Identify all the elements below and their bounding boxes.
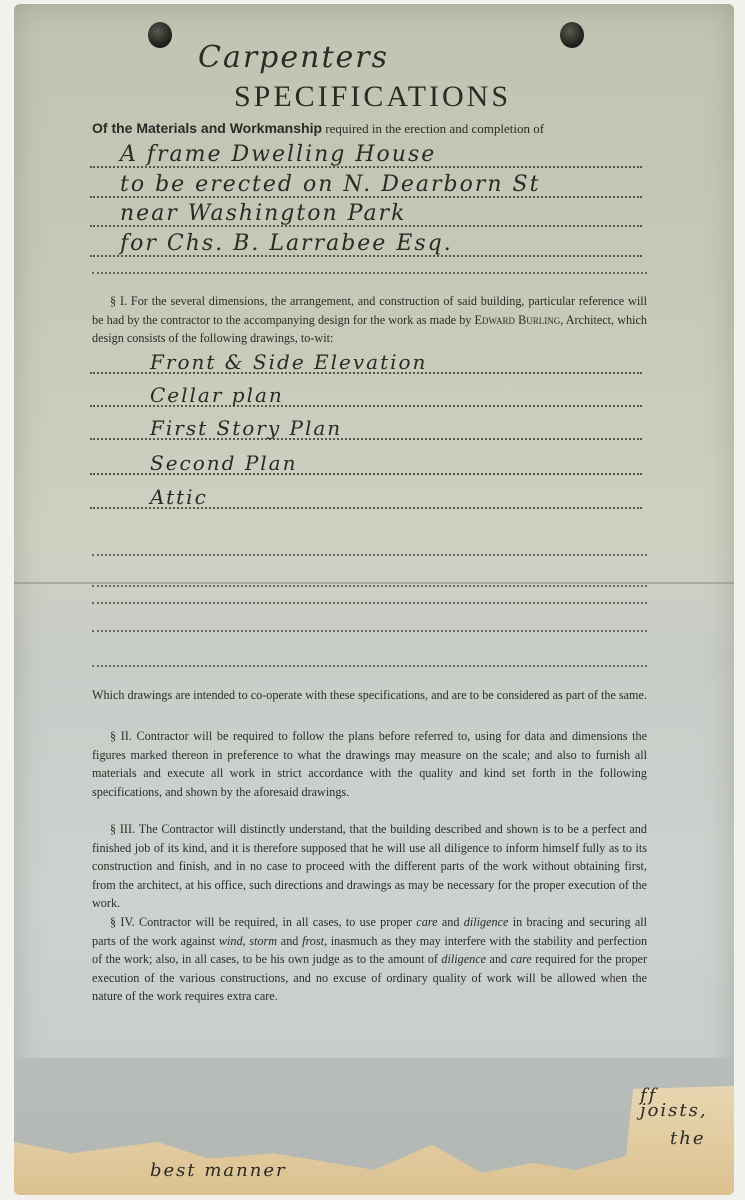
document-content: Carpenters SPECIFICATIONS Of the Materia… xyxy=(0,0,745,1200)
cooperate-statement: Which drawings are intended to co-operat… xyxy=(92,686,647,705)
section-2-text: Contractor will be required to follow th… xyxy=(92,729,647,799)
text: and xyxy=(490,952,508,966)
drawing-item-2: Cellar plan xyxy=(90,383,642,407)
section-3-mark: § III. xyxy=(110,822,135,836)
underpage-fragment: best manner xyxy=(150,1160,287,1181)
handwritten-header: Carpenters xyxy=(198,40,389,75)
blank-line xyxy=(92,600,647,604)
section-2: § II. Contractor will be required to fol… xyxy=(92,727,647,801)
drawing-item-3: First Story Plan xyxy=(90,416,642,440)
project-line-2: to be erected on N. Dearborn St xyxy=(90,172,642,198)
text: and xyxy=(281,934,299,948)
underpage-fragment: joists, xyxy=(640,1100,708,1121)
section-3: § III. The Contractor will distinctly un… xyxy=(92,820,647,913)
emphasis: care xyxy=(416,915,437,929)
document-subtitle: Of the Materials and Workmanship require… xyxy=(92,120,544,137)
section-1-mark: § I. xyxy=(110,294,127,308)
section-3-text: The Contractor will distinctly understan… xyxy=(92,822,647,910)
text: Contractor will be required, in all case… xyxy=(139,915,412,929)
project-line-3: near Washington Park xyxy=(90,201,642,227)
emphasis: wind, storm xyxy=(219,934,277,948)
emphasis: diligence xyxy=(464,915,509,929)
blank-line xyxy=(92,663,647,667)
subtitle-rest: required in the erection and completion … xyxy=(325,121,544,136)
section-1: § I. For the several dimensions, the arr… xyxy=(92,292,647,348)
section-4: § IV. Contractor will be required, in al… xyxy=(92,913,647,1006)
project-line-1: A frame Dwelling House xyxy=(90,142,642,168)
text: and xyxy=(442,915,460,929)
architect-name: Edward Burling xyxy=(475,313,561,327)
section-4-mark: § IV. xyxy=(110,915,135,929)
document-title: SPECIFICATIONS xyxy=(0,80,745,114)
drawing-item-1: Front & Side Elevation xyxy=(90,350,642,374)
blank-line xyxy=(92,270,647,274)
emphasis: frost, xyxy=(302,934,327,948)
underpage-fragment: the xyxy=(670,1128,705,1149)
subtitle-bold: Of the Materials and Workmanship xyxy=(92,120,322,136)
blank-line xyxy=(92,628,647,632)
blank-line xyxy=(92,583,647,587)
emphasis: diligence xyxy=(441,952,486,966)
emphasis: care xyxy=(511,952,532,966)
blank-line xyxy=(92,552,647,556)
section-2-mark: § II. xyxy=(110,729,132,743)
drawing-item-4: Second Plan xyxy=(90,451,642,475)
project-line-4: for Chs. B. Larrabee Esq. xyxy=(90,231,642,257)
drawing-item-5: Attic xyxy=(90,485,642,509)
